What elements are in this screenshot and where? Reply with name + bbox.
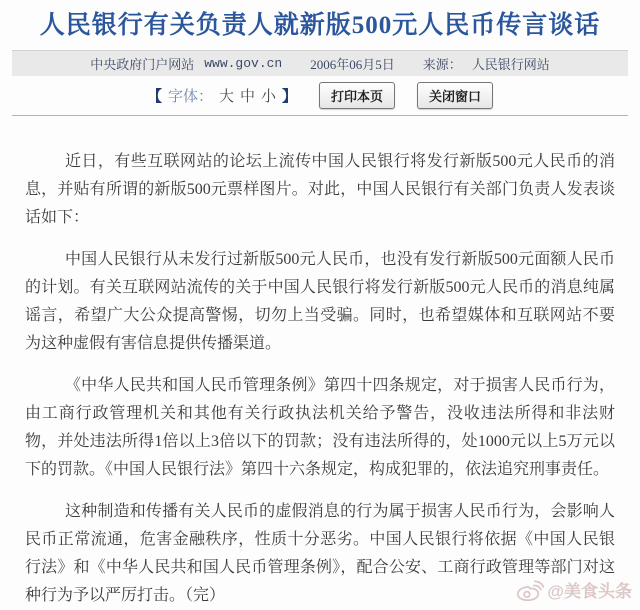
page-title: 人民银行有关负责人就新版500元人民币传言谈话 bbox=[18, 10, 622, 42]
source-name: 人民银行网站 bbox=[472, 54, 550, 73]
font-widget-bracket-close: 】 bbox=[282, 85, 297, 106]
article-paragraph: 中国人民银行从未发行过新版500元人民币，也没有发行新版500元面额人民币的计划… bbox=[25, 246, 615, 358]
font-widget-label: 字体： bbox=[168, 85, 213, 106]
meta-source: 来源： 人民银行网站 bbox=[423, 54, 550, 73]
article-paragraph: 近日，有些互联网站的论坛上流传中国人民银行将发行新版500元人民币的消息，并贴有… bbox=[25, 148, 615, 232]
site-url-link[interactable]: www.gov.cn bbox=[204, 56, 282, 71]
font-widget-bracket-open: 【 bbox=[147, 85, 162, 106]
header-divider bbox=[12, 115, 628, 116]
meta-site: 中央政府门户网站 www.gov.cn bbox=[90, 54, 282, 73]
font-size-medium-link[interactable]: 中 bbox=[240, 85, 255, 106]
article-body: 近日，有些互联网站的论坛上流传中国人民银行将发行新版500元人民币的消息，并贴有… bbox=[25, 148, 615, 610]
source-label: 来源： bbox=[423, 54, 462, 73]
font-size-large-link[interactable]: 大 bbox=[219, 85, 234, 106]
print-page-button[interactable]: 打印本页 bbox=[319, 82, 395, 109]
close-window-button[interactable]: 关闭窗口 bbox=[417, 82, 493, 109]
article-paragraph: 《中华人民共和国人民币管理条例》第四十四条规定，对于损害人民币行为，由工商行政管… bbox=[25, 372, 615, 484]
meta-bar: 中央政府门户网站 www.gov.cn 2006年06月5日 来源： 人民银行网… bbox=[12, 50, 628, 76]
article-page: 人民银行有关负责人就新版500元人民币传言谈话 中央政府门户网站 www.gov… bbox=[0, 0, 640, 610]
font-size-small-link[interactable]: 小 bbox=[261, 85, 276, 106]
publish-date: 2006年06月5日 bbox=[310, 54, 395, 73]
article-toolbar: 【 字体： 大 中 小 】 打印本页 关闭窗口 bbox=[0, 82, 640, 108]
article-paragraph: 这种制造和传播有关人民币的虚假消息的行为属于损害人民币行为，会影响人民币正常流通… bbox=[25, 498, 615, 610]
site-name: 中央政府门户网站 bbox=[90, 54, 194, 73]
font-size-widget: 【 字体： 大 中 小 】 bbox=[147, 85, 297, 106]
